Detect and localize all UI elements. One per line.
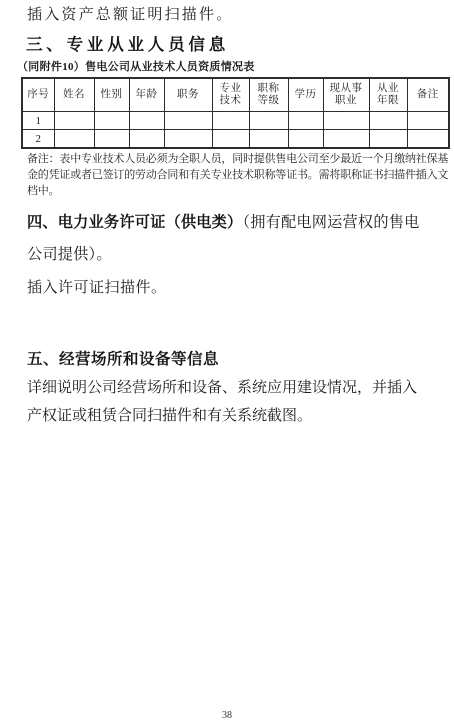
table-cell (54, 112, 94, 130)
table-cell (323, 112, 369, 130)
section4-body: 插入许可证扫描件。 (27, 276, 167, 297)
header-cell: 从业 年限 (369, 78, 407, 112)
section5-heading: 五、经营场所和设备等信息 (27, 347, 219, 369)
table-cell (164, 130, 212, 149)
section4-heading-continued: 公司提供）。 (27, 243, 112, 264)
table-cell (407, 112, 449, 130)
table-cell (369, 112, 407, 130)
table-cell (94, 130, 129, 149)
table-cell (54, 130, 94, 149)
section5-body-line: 产权证或租赁合同扫描件和有关系统截图。 (27, 404, 312, 425)
section3-heading: 三、专业从业人员信息 (26, 31, 229, 55)
table-cell (407, 130, 449, 149)
header-cell: 现从事 职业 (323, 78, 369, 112)
table-note-line: 档中。 (27, 182, 59, 198)
table-header-row: 序号 姓名 性别 年龄 职务 专业 技术 职称 等级 学历 现从事 职业 从业 … (22, 78, 449, 112)
table-cell (164, 112, 212, 130)
table-cell (288, 130, 323, 149)
table-caption: （同附件10）售电公司从业技术人员资质情况表 (17, 58, 255, 74)
personnel-qualification-table: 序号 姓名 性别 年龄 职务 专业 技术 职称 等级 学历 现从事 职业 从业 … (21, 77, 450, 149)
table-row: 2 (22, 130, 449, 149)
table-cell (94, 112, 129, 130)
page-number: 38 (0, 710, 454, 721)
header-cell: 性别 (94, 78, 129, 112)
table-cell (369, 130, 407, 149)
table-cell (249, 130, 288, 149)
table-cell (129, 130, 164, 149)
table-cell (212, 112, 249, 130)
section4-heading-regular: （拥有配电网运营权的售电 (242, 214, 419, 231)
section4-heading: 四、电力业务许可证（供电类）（拥有配电网运营权的售电 (27, 211, 420, 232)
table-note-line: 备注：表中专业技术人员必须为全职人员，同时提供售电公司至少最近一个月缴纳社保基 (27, 150, 448, 166)
header-cell: 年龄 (129, 78, 164, 112)
header-cell: 备注 (407, 78, 449, 112)
section4-heading-bold: 四、电力业务许可证（供电类） (27, 214, 242, 231)
table-cell: 1 (22, 112, 54, 130)
header-cell: 职称 等级 (249, 78, 288, 112)
table-cell (249, 112, 288, 130)
table-row: 1 (22, 112, 449, 130)
header-cell: 专业 技术 (212, 78, 249, 112)
section5-body-line: 详细说明公司经营场所和设备、系统应用建设情况，并插入 (27, 376, 417, 397)
header-cell: 姓名 (54, 78, 94, 112)
intro-paragraph: 插入资产总额证明扫描件。 (27, 3, 233, 24)
table-cell (212, 130, 249, 149)
header-cell: 学历 (288, 78, 323, 112)
table-cell (323, 130, 369, 149)
table-cell: 2 (22, 130, 54, 149)
table-cell (288, 112, 323, 130)
document-page: 插入资产总额证明扫描件。 三、专业从业人员信息 （同附件10）售电公司从业技术人… (0, 0, 454, 728)
header-cell: 职务 (164, 78, 212, 112)
header-cell: 序号 (22, 78, 54, 112)
table-note-line: 金的凭证或者已签订的劳动合同和有关专业技术职称等证书。需将职称证书扫描件插入文 (27, 166, 448, 182)
table-cell (129, 112, 164, 130)
